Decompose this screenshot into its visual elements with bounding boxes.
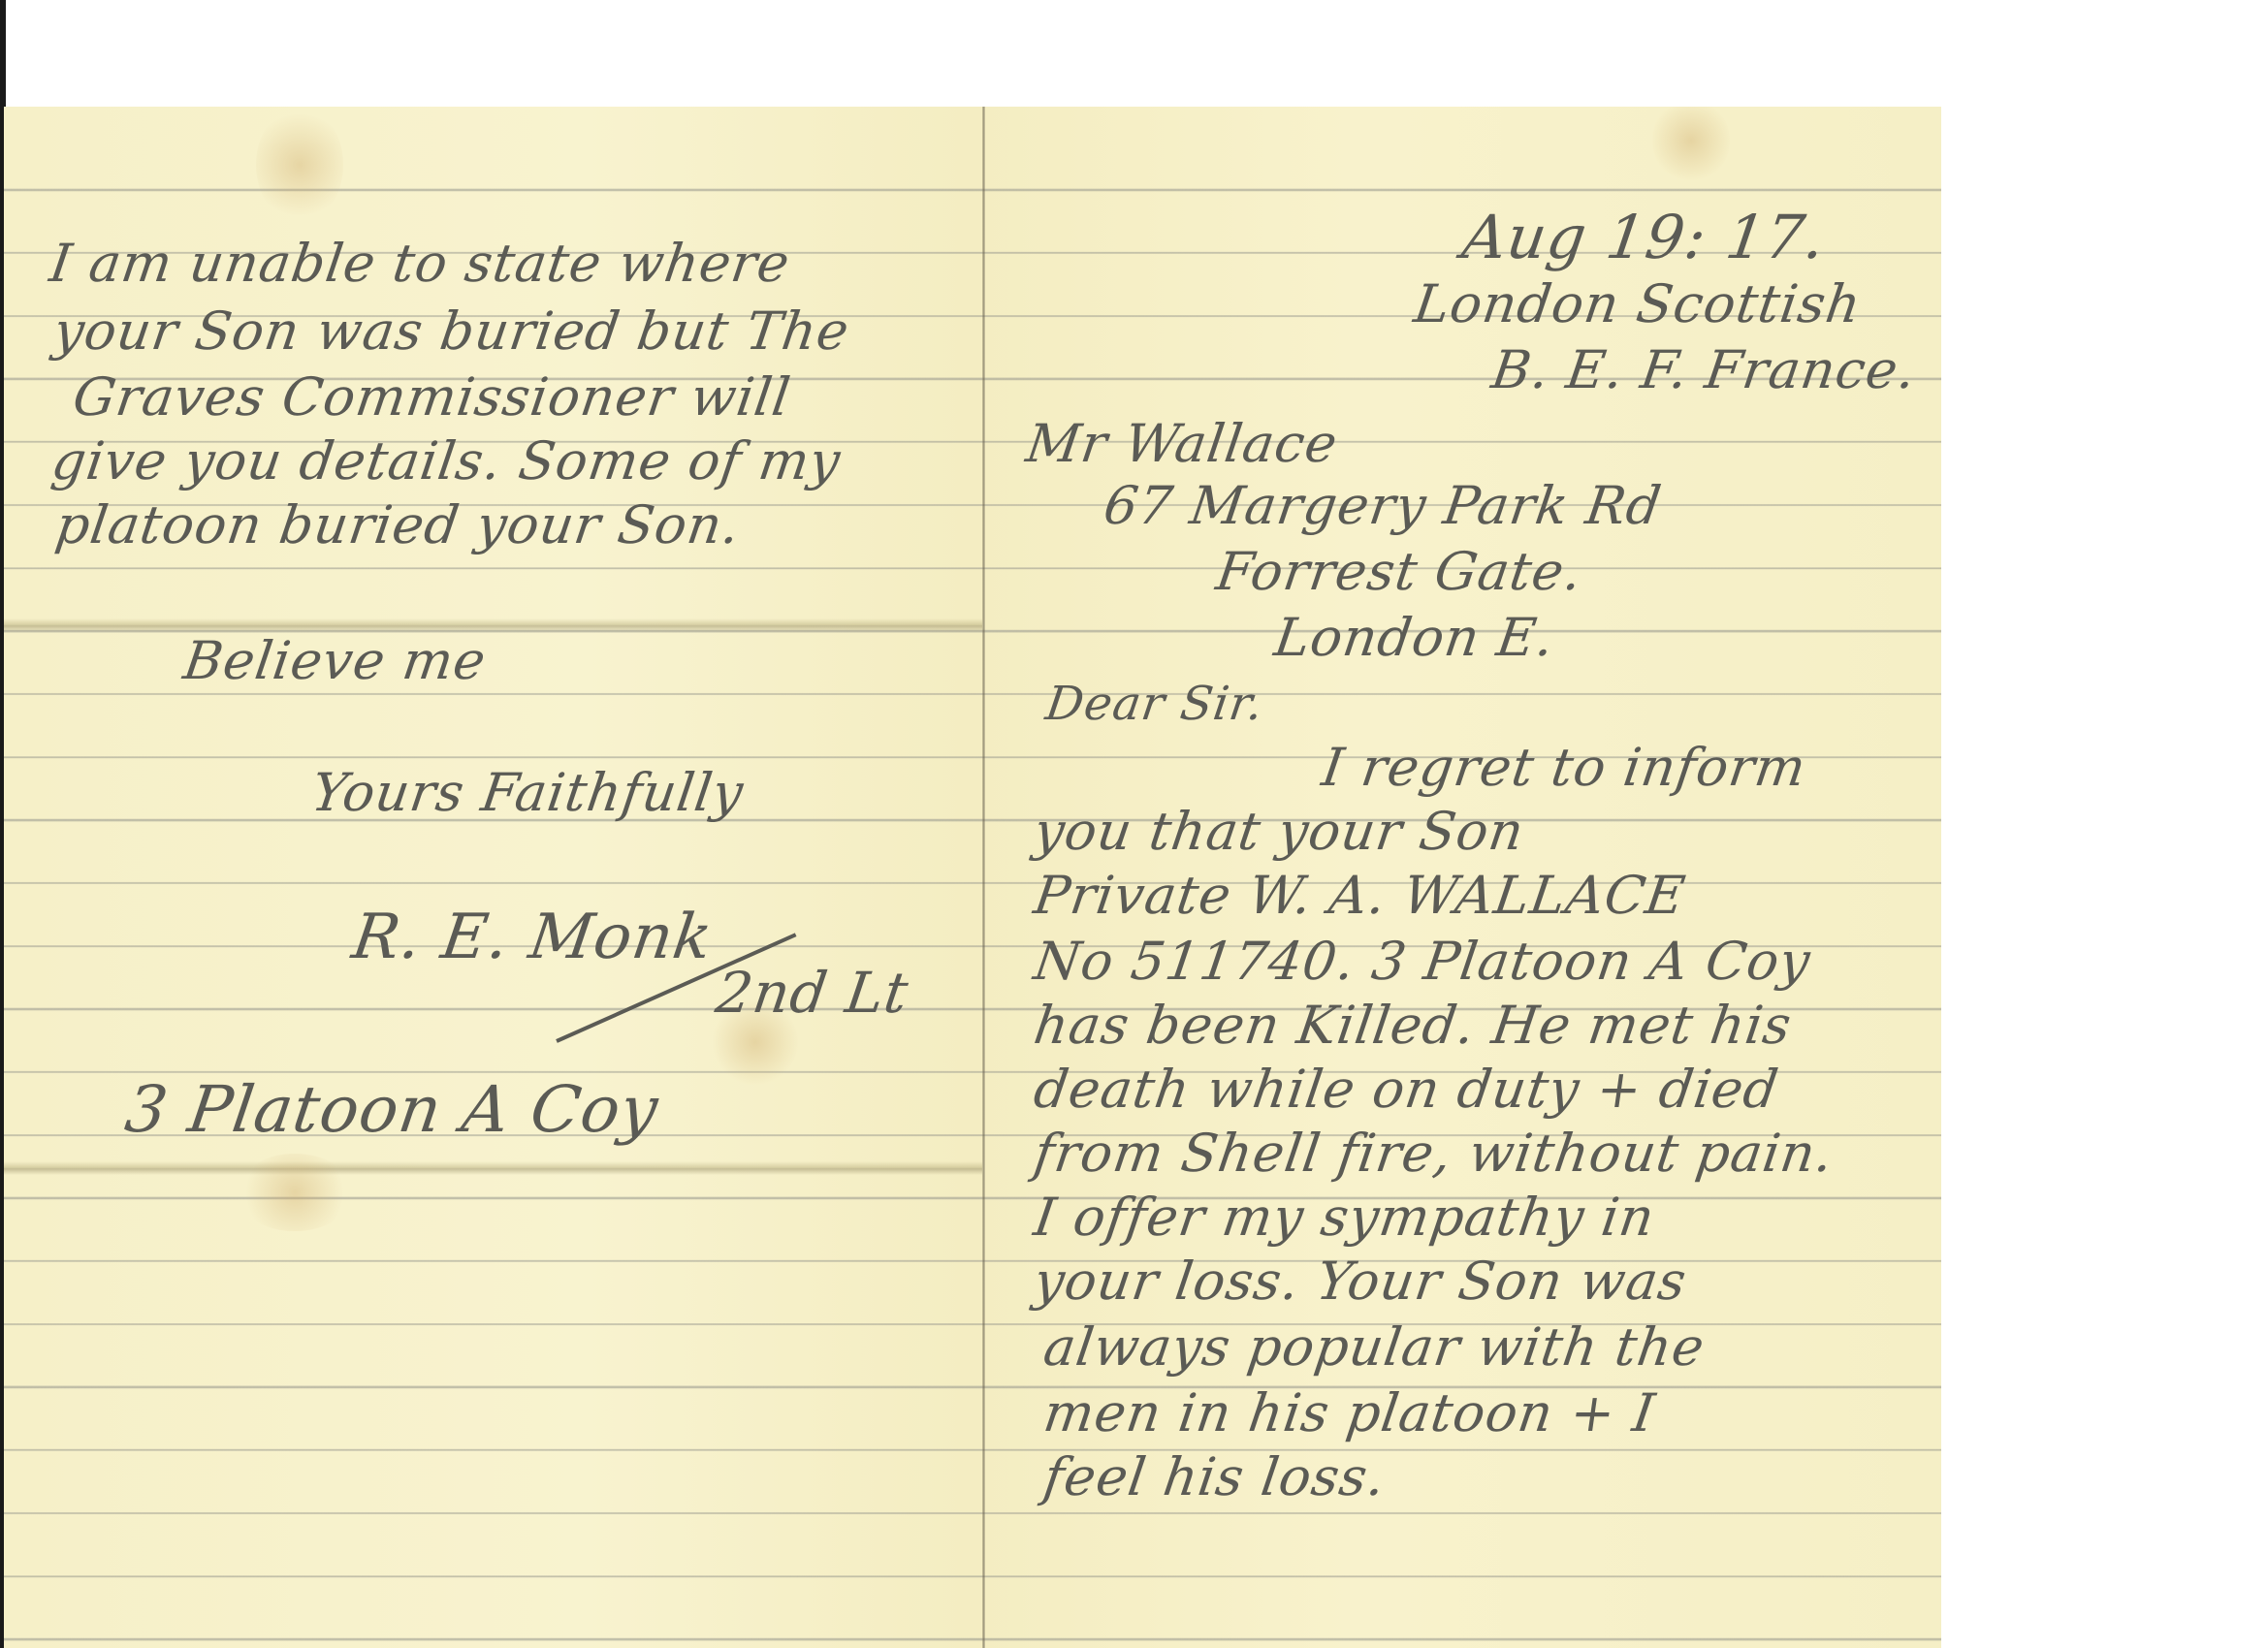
center-fold (982, 107, 985, 1648)
sender-unit: London Scottish (1411, 273, 1866, 334)
body-line-5: has been Killed. He met his (1031, 995, 1796, 1056)
body-line-6: death while on duty + died (1031, 1059, 1783, 1120)
recipient-name: Mr Wallace (1023, 413, 1342, 474)
body-line-3: Private W. A. WALLACE (1031, 865, 1690, 926)
body-line-10: always popular with the (1040, 1316, 1709, 1378)
closing: Believe me (180, 630, 491, 691)
right-page: Aug 19: 17. London Scottish B. E. F. Fra… (988, 107, 1941, 1648)
unit: 3 Platoon A Coy (121, 1072, 663, 1147)
body-line-2: you that your Son (1031, 801, 1528, 862)
body-line-12: feel his loss. (1040, 1446, 1390, 1507)
left-line-5: platoon buried your Son. (52, 494, 745, 555)
recipient-street: 67 Margery Park Rd (1101, 475, 1666, 536)
letter-sheet: I am unable to state where your Son was … (4, 107, 1941, 1648)
salutation: Dear Sir. (1042, 677, 1267, 731)
recipient-area: Forrest Gate. (1213, 541, 1586, 602)
date: Aug 19: 17. (1458, 202, 1830, 272)
left-line-2: your Son was buried but The (50, 301, 853, 362)
sender-location: B. E. F. France. (1488, 339, 1921, 400)
rank: 2nd Lt (712, 960, 912, 1026)
left-line-4: give you details. Some of my (48, 430, 845, 491)
recipient-city: London E. (1271, 607, 1559, 668)
body-line-7: from Shell fire, without pain. (1031, 1123, 1837, 1184)
body-line-4: No 511740. 3 Platoon A Coy (1031, 931, 1815, 992)
left-line-1: I am unable to state where (47, 233, 794, 294)
body-line-1: I regret to inform (1319, 737, 1810, 798)
body-line-9: your loss. Your Son was (1031, 1251, 1691, 1312)
valediction: Yours Faithfully (308, 762, 748, 823)
left-page: I am unable to state where your Son was … (4, 107, 978, 1648)
left-line-3: Graves Commissioner will (70, 366, 795, 428)
signature: R. E. Monk (348, 902, 718, 973)
body-line-11: men in his platoon + I (1040, 1382, 1660, 1443)
body-line-8: I offer my sympathy in (1031, 1187, 1659, 1248)
